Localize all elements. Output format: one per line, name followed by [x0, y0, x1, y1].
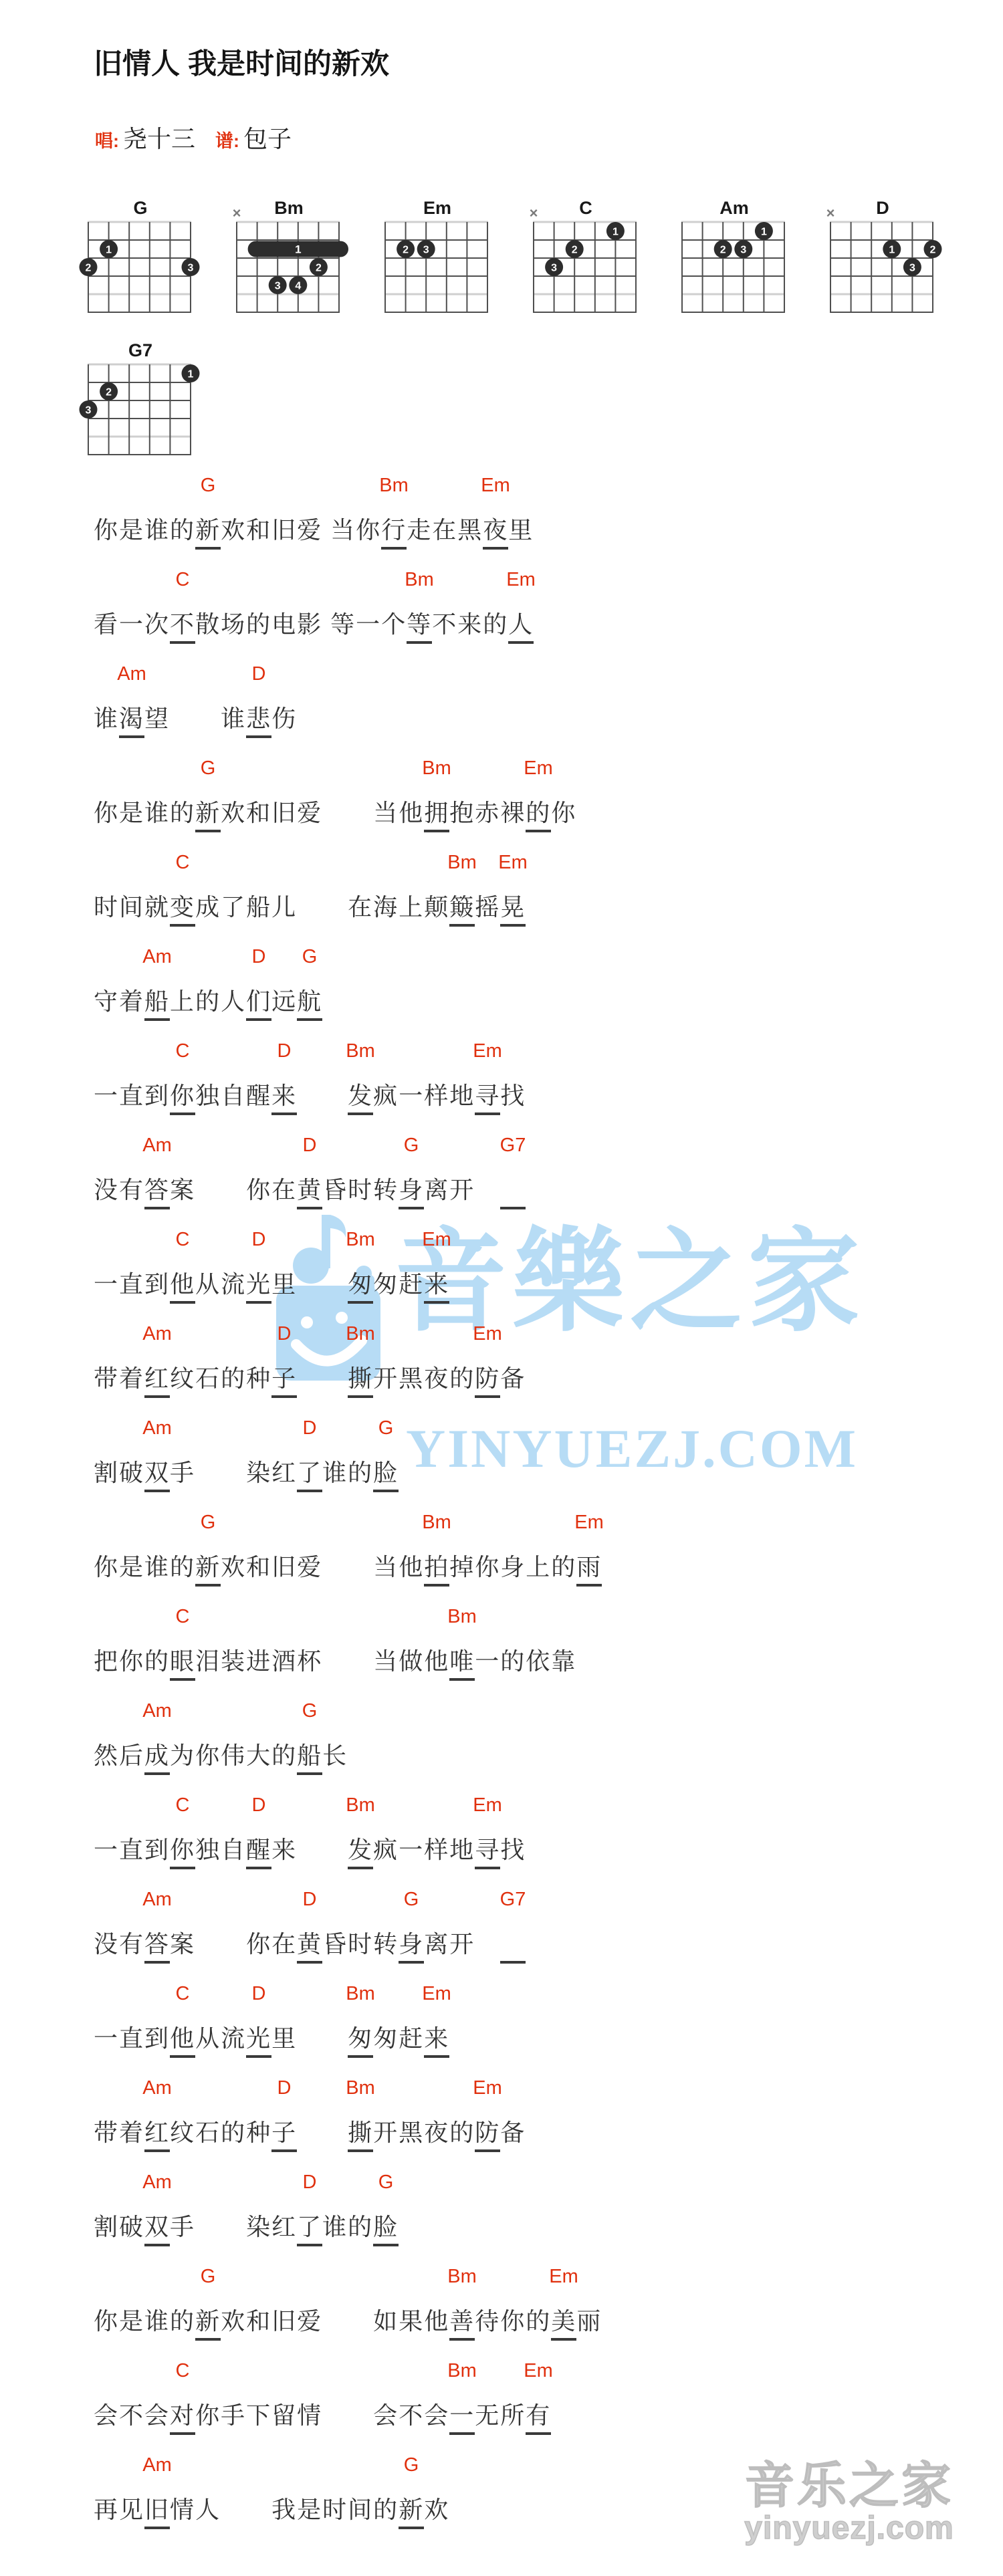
lyric-char: 不: [119, 2400, 144, 2431]
chord-label: C: [176, 568, 190, 592]
lyric-char: 间: [348, 2494, 373, 2525]
lyric-char: 里: [508, 515, 534, 546]
lyric-char: 欢: [221, 798, 246, 828]
chord-label: Bm: [346, 1793, 375, 1817]
lyric-char: 一: [475, 1646, 500, 1677]
lyric-char-underlined: 发: [348, 1080, 373, 1115]
lyric-char-underlined: 黄: [297, 1929, 322, 1964]
lyric-char-underlined: 眼: [170, 1646, 195, 1681]
lyric-char: 无: [475, 2400, 500, 2431]
lyric-char: 上: [170, 986, 195, 1017]
lyric-char: 赶: [399, 1269, 424, 1300]
song-line-21: CBmEm会不会对你手下留情 会不会一无所有: [94, 2353, 936, 2448]
lyric-char-underlined: 新: [195, 798, 221, 832]
lyric-char: 伤: [271, 703, 297, 734]
lyric-char: 的: [246, 609, 271, 640]
lyric-char: 身: [500, 1552, 526, 1583]
lyric-char: 影: [297, 609, 322, 640]
lyric-char: 谁: [144, 798, 170, 828]
lyric-char-underlined: 匆: [348, 2023, 373, 2058]
lyric-char-underlined: 答: [144, 1175, 170, 1209]
chord-label: D: [303, 1133, 317, 1157]
lyric-char: 他: [424, 2306, 449, 2337]
lyric-char: [322, 2023, 348, 2054]
lyric-text: 带着红纹石的种子 撕开黑夜的防备: [94, 2117, 526, 2152]
lyric-char: [475, 1175, 500, 1205]
lyric-text: 把你的眼泪装进酒杯 当做他唯一的依靠: [94, 1646, 576, 1681]
lyric-char-underlined: 一: [449, 2400, 475, 2435]
lyric-char: 的: [483, 609, 508, 640]
lyric-char: 有: [119, 1929, 144, 1960]
lyric-char: 爱: [297, 515, 322, 546]
lyric-char: 黑: [399, 1363, 424, 1394]
lyric-char: [297, 1269, 322, 1300]
lyric-char: [195, 1175, 221, 1205]
lyric-char: 的: [170, 798, 195, 828]
chord-label: Bm: [447, 1605, 477, 1629]
chord-label: G7: [500, 1887, 526, 1911]
song-line-5: CBmEm时间就变成了船儿 在海上颠簸摇晃: [94, 845, 936, 939]
lyric-char: 在: [271, 1929, 297, 1960]
chord-label: Em: [506, 568, 536, 592]
lyric-char: 的: [144, 1646, 170, 1677]
lyric-char-underlined: 有: [526, 2400, 551, 2435]
chord-label: C: [176, 1039, 190, 1063]
lyric-char: [348, 2400, 373, 2431]
lyric-char-underlined: 寻: [475, 1835, 500, 1869]
lyric-char: 来: [457, 609, 483, 640]
lyric-char: 的: [221, 2117, 246, 2148]
lyric-char: 抱: [449, 798, 475, 828]
chord-label: D: [303, 1887, 317, 1911]
lyric-char: 会: [424, 2400, 449, 2431]
svg-text:2: 2: [572, 245, 578, 256]
lyric-char-underlined: 人: [508, 609, 534, 644]
lyric-char: 的: [221, 1363, 246, 1394]
lyric-char: 欢: [221, 1552, 246, 1583]
lyric-char-underlined: 旧: [144, 2494, 170, 2529]
lyric-char: 欢: [221, 2306, 246, 2337]
chord-row: AmG: [94, 1699, 936, 1727]
lyric-char: 你: [475, 1552, 500, 1583]
svg-text:2: 2: [106, 387, 112, 398]
lyric-text: 一直到他从流光里 匆匆赶来: [94, 2023, 449, 2058]
lyric-text: 一直到你独自醒来 发疯一样地寻找: [94, 1080, 526, 1115]
lyric-char: [221, 1457, 246, 1488]
lyric-char: 离: [424, 1929, 449, 1960]
chord-label: Bm: [346, 1039, 375, 1063]
lyric-char: 留: [271, 2400, 297, 2431]
lyric-char: 如: [373, 2306, 399, 2337]
lyric-char: [195, 2212, 221, 2242]
page-title: 旧情人 我是时间的新欢: [94, 41, 389, 82]
chord-label: Am: [142, 2453, 172, 2477]
lyric-char: 找: [500, 1835, 526, 1865]
lyric-char: [322, 1552, 348, 1583]
lyric-char: 没: [94, 1175, 119, 1205]
lyric-char: 和: [246, 798, 271, 828]
chord-label: D: [252, 1793, 266, 1817]
lyric-char: 时: [348, 1929, 373, 1960]
chord-label: Em: [473, 1793, 502, 1817]
lyric-char: [322, 515, 330, 546]
lyric-char: 上: [399, 892, 424, 923]
lyric-char-underlined: 善: [449, 2306, 475, 2341]
lyric-char: 一: [399, 1835, 424, 1865]
chord-label: G: [201, 1510, 216, 1534]
singer-label: 唱:: [95, 126, 119, 152]
lyric-char: 石: [195, 1363, 221, 1394]
lyric-char-underlined: 防: [475, 2117, 500, 2152]
lyric-char-underlined: 了: [297, 2212, 322, 2246]
lyric-char: 手: [170, 1457, 195, 1488]
lyric-char: 纹: [170, 2117, 195, 2148]
lyric-char: 到: [144, 2023, 170, 2054]
lyric-char-underlined: 悲: [246, 703, 271, 738]
lyric-char: 我: [271, 2494, 297, 2525]
chord-label: Em: [481, 473, 510, 497]
lyric-char: 纹: [170, 1363, 195, 1394]
scorer-name: 包子: [243, 120, 292, 154]
chord-label: Am: [142, 2170, 172, 2194]
chord-label: Em: [473, 1322, 502, 1346]
lyric-char: 旧: [271, 2306, 297, 2337]
lyric-char: 果: [399, 2306, 424, 2337]
lyric-char: 当: [373, 798, 399, 828]
lyric-char: 的: [348, 1457, 373, 1488]
lyric-char: 地: [449, 1835, 475, 1865]
chord-label: Am: [142, 945, 172, 969]
chord-row: CDBmEm: [94, 1982, 936, 2010]
chord-label: G: [302, 945, 318, 969]
lyric-char-underlined: 航: [297, 986, 322, 1021]
lyric-char: 下: [246, 2400, 271, 2431]
chord-label: D: [303, 1416, 317, 1440]
lyric-char: 自: [221, 1835, 246, 1865]
chord-row: AmDBmEm: [94, 2076, 936, 2104]
lyric-char: 进: [246, 1646, 271, 1677]
lyric-char-underlined: 不: [170, 609, 195, 644]
lyric-char-underlined: 发: [348, 1835, 373, 1869]
lyric-char: 会: [373, 2400, 399, 2431]
lyric-char-underlined: 了: [297, 1457, 322, 1492]
lyric-char: 你: [195, 1740, 221, 1771]
lyric-char: [297, 2023, 322, 2054]
lyric-char: 的: [195, 986, 221, 1017]
song-line-19: AmDG割破双手 染红了谁的脸: [94, 2165, 936, 2259]
lyric-char: 离: [424, 1175, 449, 1205]
lyric-char: 手: [221, 2400, 246, 2431]
song-line-16: AmDGG7没有答案 你在黄昏时转身离开: [94, 1882, 936, 1976]
lyric-char: 开: [449, 1929, 475, 1960]
lyric-char: 从: [195, 2023, 221, 2054]
lyric-char: 是: [119, 515, 144, 546]
chord-label: C: [176, 1793, 190, 1817]
lyric-char: 一: [119, 609, 144, 640]
lyric-char: 时: [348, 1175, 373, 1205]
lyric-char: 望: [144, 703, 170, 734]
lyric-char: [322, 1080, 348, 1111]
lyric-text: 然后成为你伟大的船长: [94, 1740, 348, 1775]
chord-label: D: [252, 1982, 266, 2006]
svg-text:2: 2: [720, 245, 726, 256]
svg-text:1: 1: [295, 243, 301, 256]
chord-label: Bm: [346, 1982, 375, 2006]
chord-row: CDBmEm: [94, 1039, 936, 1067]
lyric-char-underlined: 们: [246, 986, 271, 1021]
lyric-char: 醒: [246, 1080, 271, 1111]
lyric-char: 人: [195, 2494, 221, 2525]
chord-label: G: [404, 2453, 419, 2477]
chord-row: GBmEm: [94, 2264, 936, 2293]
lyric-char: 你: [94, 515, 119, 546]
lyric-char-underlined: 成: [144, 1740, 170, 1775]
chord-label: G: [378, 2170, 394, 2194]
chord-label: Em: [549, 2264, 578, 2289]
lyric-char: [221, 1929, 246, 1960]
lyric-char-underlined: 撕: [348, 1363, 373, 1398]
lyric-char-underlined: 的: [526, 798, 551, 832]
lyric-char: [297, 1080, 322, 1111]
lyric-char: 着: [119, 2117, 144, 2148]
lyric-char: 你: [94, 1552, 119, 1583]
lyric-char: 谁: [144, 2306, 170, 2337]
chord-label: Em: [498, 850, 528, 874]
lyric-char: 了: [221, 892, 246, 923]
lyric-char: 船: [246, 892, 271, 923]
lyric-char: 的: [348, 2212, 373, 2242]
lyric-char: 你: [94, 798, 119, 828]
lyric-char-underlined: 船: [144, 986, 170, 1021]
lyric-char: [322, 1363, 348, 1394]
song-line-4: GBmEm你是谁的新欢和旧爱 当他拥抱赤裸的你: [94, 751, 936, 845]
lyric-char: 你: [246, 1175, 271, 1205]
lyric-char-underlined: 防: [475, 1363, 500, 1398]
lyric-text: 看一次不散场的电影 等一个等不来的人: [94, 609, 534, 644]
lyric-char: 泪: [195, 1646, 221, 1677]
lyric-char: 个: [381, 609, 407, 640]
lyric-char: 等: [330, 609, 356, 640]
lyric-char: 为: [170, 1740, 195, 1771]
chord-label: Bm: [422, 1510, 451, 1534]
credits: 唱: 尧十三 谱: 包子: [95, 120, 312, 154]
lyric-char: 匆: [373, 1269, 399, 1300]
lyric-char: 走: [407, 515, 432, 546]
lyric-char: 的: [170, 515, 195, 546]
lyric-char: 石: [195, 2117, 221, 2148]
lyric-char: 一: [94, 1269, 119, 1300]
chord-label: Bm: [447, 850, 477, 874]
lyric-char-underlined: 撕: [348, 2117, 373, 2152]
chord-label: Bm: [422, 756, 451, 780]
svg-text:2: 2: [403, 245, 409, 256]
svg-text:2: 2: [930, 245, 936, 256]
lyric-char: 案: [170, 1929, 195, 1960]
lyric-char: 自: [221, 1080, 246, 1111]
lyric-char: 黑: [399, 2117, 424, 2148]
lyric-char: 你: [500, 2306, 526, 2337]
chord-row: AmDG: [94, 945, 936, 973]
svg-text:4: 4: [295, 281, 301, 292]
chord-label: C: [176, 850, 190, 874]
chord-label: D: [252, 945, 266, 969]
lyric-char: 直: [119, 2023, 144, 2054]
song-line-7: CDBmEm一直到你独自醒来 发疯一样地寻找: [94, 1034, 936, 1128]
lyric-text: 你是谁的新欢和旧爱 当你行走在黑夜里: [94, 515, 534, 550]
chord-row: GBmEm: [94, 1510, 936, 1538]
lyric-char: 转: [373, 1175, 399, 1205]
lyric-char: 的: [526, 2306, 551, 2337]
lyric-char: 一: [94, 2023, 119, 2054]
lyric-char: 你: [94, 2306, 119, 2337]
lyric-char: 的: [170, 1552, 195, 1583]
chord-row: CBmEm: [94, 568, 936, 596]
chord-label: D: [277, 1322, 292, 1346]
chord-label: G: [404, 1133, 419, 1157]
lyric-char: 的: [500, 1646, 526, 1677]
svg-text:3: 3: [275, 281, 281, 292]
lyric-char: 和: [246, 2306, 271, 2337]
song-line-14: AmG然后成为你伟大的船长: [94, 1693, 936, 1788]
lyric-text: 一直到他从流光里 匆匆赶来: [94, 1269, 449, 1304]
lyric-text: 没有答案 你在黄昏时转身离开: [94, 1175, 526, 1209]
lyric-char: 疯: [373, 1835, 399, 1865]
chord-label: Bm: [379, 473, 409, 497]
chord-label: C: [176, 1982, 190, 2006]
chord-row: CDBmEm: [94, 1227, 936, 1256]
lyric-char: 不: [432, 609, 457, 640]
chord-label: Em: [422, 1227, 451, 1252]
lyric-char: 杯: [297, 1646, 322, 1677]
song-line-8: AmDGG7没有答案 你在黄昏时转身离开: [94, 1128, 936, 1222]
lyric-char: [322, 1835, 348, 1865]
svg-text:1: 1: [188, 369, 194, 380]
lyric-char-underlined: 来: [271, 1080, 297, 1115]
lyric-char: 来: [271, 1835, 297, 1865]
lyric-char: 酒: [271, 1646, 297, 1677]
lyric-char: 装: [221, 1646, 246, 1677]
svg-text:3: 3: [423, 245, 429, 256]
lyric-char: 破: [119, 2212, 144, 2242]
lyric-text: 你是谁的新欢和旧爱 当他拍掉你身上的雨: [94, 1552, 602, 1587]
lyric-char: [221, 2494, 246, 2525]
svg-text:1: 1: [106, 245, 112, 256]
chord-label: G7: [500, 1133, 526, 1157]
lyric-char-underlined: 晃: [500, 892, 526, 927]
lyric-char: 染: [246, 1457, 271, 1488]
chord-row: AmG: [94, 2453, 936, 2481]
lyric-char: 待: [475, 2306, 500, 2337]
lyric-char: 电: [271, 609, 297, 640]
lyric-char: [195, 703, 221, 734]
lyric-char-underlined: 船: [297, 1740, 322, 1775]
lyric-text: 时间就变成了船儿 在海上颠簸摇晃: [94, 892, 526, 927]
lyric-char-underlined: 子: [271, 1363, 297, 1398]
lyric-char: 人: [221, 986, 246, 1017]
chord-row: AmDGG7: [94, 1887, 936, 1915]
lyric-char: [297, 1835, 322, 1865]
lyric-char: 场: [221, 609, 246, 640]
lyric-char: 红: [271, 2212, 297, 2242]
lyric-char: 会: [144, 2400, 170, 2431]
lyric-char: 所: [500, 2400, 526, 2431]
lyric-char: 谁: [221, 703, 246, 734]
lyric-char: 昏: [322, 1929, 348, 1960]
chord-diagram-C: C×123: [519, 198, 653, 322]
lyric-char-underlined: 红: [144, 2117, 170, 2152]
song-line-3: AmD谁渴望 谁悲伤: [94, 657, 936, 751]
chord-row: AmDG: [94, 1416, 936, 1444]
song-line-1: GBmEm你是谁的新欢和旧爱 当你行走在黑夜里: [94, 468, 936, 562]
lyric-char-underlined: 脸: [373, 1457, 399, 1492]
lyric-char-underlined: 唯: [449, 1646, 475, 1681]
lyric-char: [195, 1929, 221, 1960]
song-line-6: AmDG守着船上的人们远航: [94, 939, 936, 1034]
lyric-char: 谁: [322, 1457, 348, 1488]
lyric-char: 种: [246, 2117, 271, 2148]
lyric-char: 的: [449, 2117, 475, 2148]
lyric-char: 夜: [424, 2117, 449, 2148]
lyric-char: 到: [144, 1269, 170, 1300]
lyric-char: 到: [144, 1080, 170, 1111]
lyric-char: 独: [195, 1835, 221, 1865]
lyric-char: 伟: [221, 1740, 246, 1771]
chord-label: C: [176, 1605, 190, 1629]
lyric-char: [221, 1175, 246, 1205]
lyric-char: 海: [373, 892, 399, 923]
chord-label: G: [378, 1416, 394, 1440]
chord-label: D: [252, 1227, 266, 1252]
lyric-char-underlined: 渴: [119, 703, 144, 738]
lyric-char: 里: [271, 1269, 297, 1300]
chord-label: Bm: [447, 2359, 477, 2383]
song-line-18: AmDBmEm带着红纹石的种子 撕开黑夜的防备: [94, 2071, 936, 2165]
lyric-char: 的: [551, 1552, 576, 1583]
chord-label: Am: [142, 1133, 172, 1157]
lyric-char: 案: [170, 1175, 195, 1205]
lyric-char: 摇: [475, 892, 500, 923]
lyric-char: 长: [322, 1740, 348, 1771]
lyric-char: 着: [119, 1363, 144, 1394]
lyric-char-underlined: 来: [424, 2023, 449, 2058]
lyric-char: [221, 2212, 246, 2242]
lyric-char-underlined: 行: [381, 515, 407, 550]
lyric-char: 会: [94, 2400, 119, 2431]
lyric-char: 大: [246, 1740, 271, 1771]
lyric-char: 开: [373, 1363, 399, 1394]
lyric-char: [322, 1269, 348, 1300]
song-line-2: CBmEm看一次不散场的电影 等一个等不来的人: [94, 562, 936, 657]
lyric-char: 是: [119, 798, 144, 828]
lyric-char: 谁: [94, 703, 119, 734]
lyric-char: 一: [399, 1080, 424, 1111]
lyric-char: 流: [221, 1269, 246, 1300]
lyric-text: 谁渴望 谁悲伤: [94, 703, 297, 738]
lyric-char: 靠: [551, 1646, 576, 1677]
chord-label: G: [404, 1887, 419, 1911]
lyrics-section: GBmEm你是谁的新欢和旧爱 当你行走在黑夜里CBmEm看一次不散场的电影 等一…: [94, 468, 936, 2542]
chord-label: Em: [574, 1510, 604, 1534]
chord-label: Am: [117, 662, 146, 686]
chord-diagram-G7: G7123: [74, 340, 207, 465]
chord-label: Bm: [447, 2264, 477, 2289]
song-line-11: AmDG割破双手 染红了谁的脸: [94, 1411, 936, 1505]
chord-label: Am: [142, 1887, 172, 1911]
lyric-char: 当: [373, 1552, 399, 1583]
song-line-17: CDBmEm一直到他从流光里 匆匆赶来: [94, 1976, 936, 2071]
lyric-char: 割: [94, 1457, 119, 1488]
lyric-char: 种: [246, 1363, 271, 1394]
